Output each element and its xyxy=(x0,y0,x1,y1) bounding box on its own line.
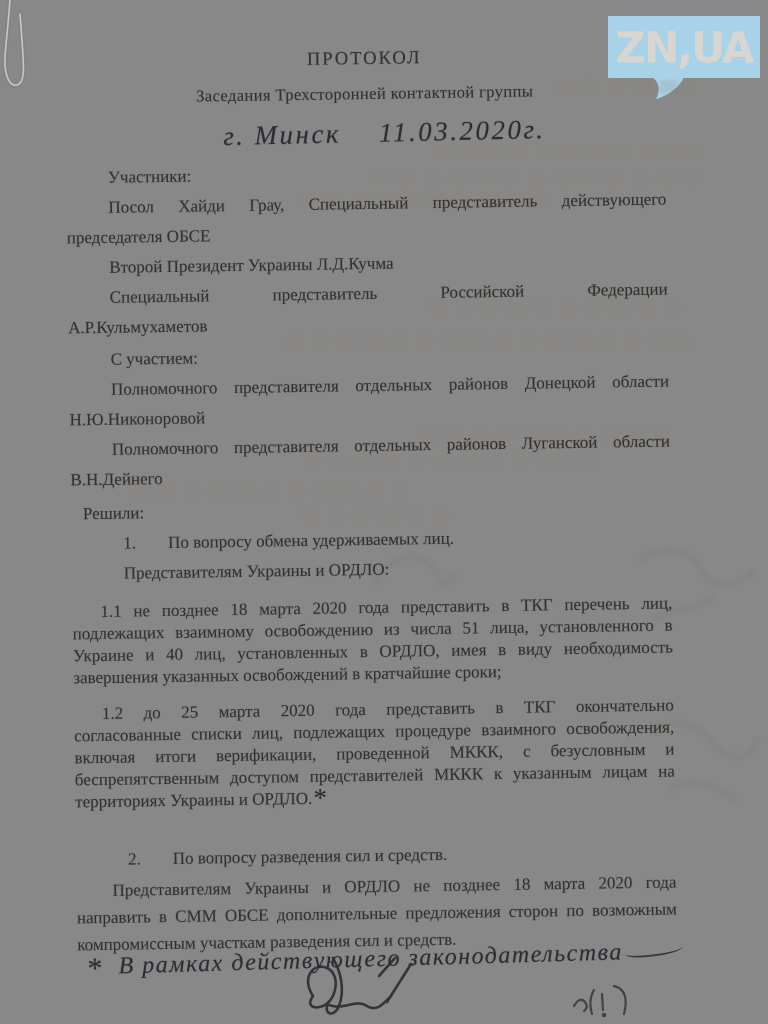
document-photo: ZN,UA ПРОТОКОЛ Заседания Трехсторонней к… xyxy=(0,0,768,1024)
document-body: ПРОТОКОЛ Заседания Трехсторонней контакт… xyxy=(64,42,677,959)
signature xyxy=(283,956,453,1024)
handwritten-asterisk: * xyxy=(312,783,326,813)
clause-1-2-text: территориях Украины и ОРДЛО. xyxy=(75,789,312,812)
item1-title: По вопросу обмена удерживаемых лиц. xyxy=(168,529,454,552)
item2-number: 2. xyxy=(76,849,141,869)
handwritten-date: 11.03.2020г. xyxy=(379,114,546,148)
item1-number: 1. xyxy=(71,533,136,553)
handwritten-place: г. Минск xyxy=(223,119,341,152)
footnote-flourish xyxy=(624,942,683,960)
footnote-asterisk: * xyxy=(86,952,103,985)
item2-title: По вопросу разведения сил и средств. xyxy=(173,845,448,868)
handwritten-place-date: г. Минск11.03.2020г. xyxy=(65,104,666,161)
pen-mark xyxy=(572,980,652,1022)
